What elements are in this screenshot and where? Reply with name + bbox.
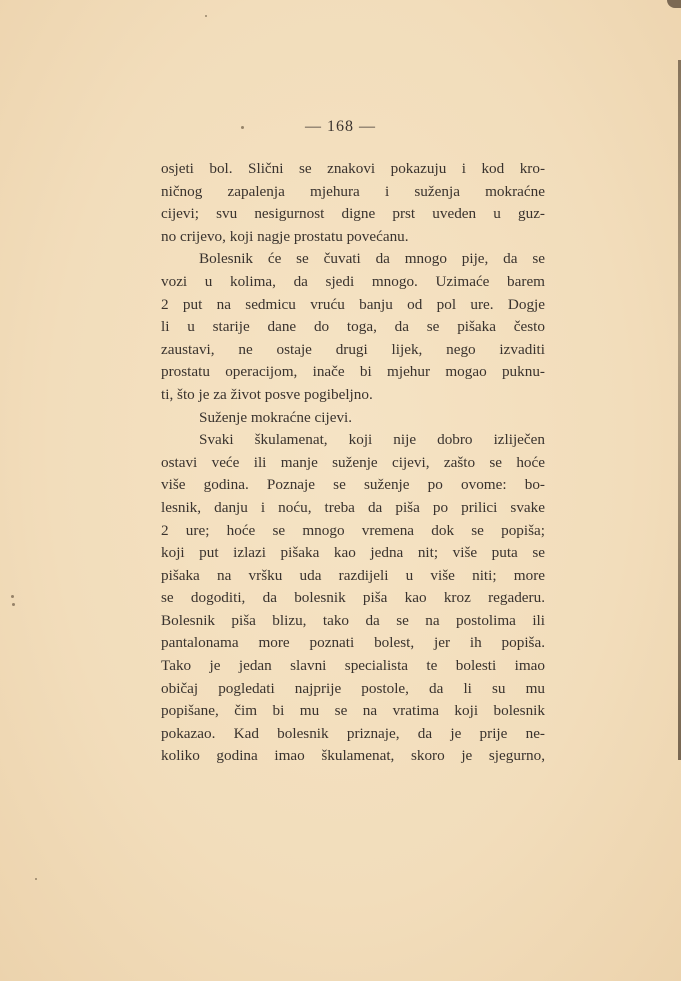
text-line: popišane, čim bi mu se na vratima koji b… xyxy=(161,700,545,723)
text-line: lesnik, danju i noću, treba da piša po p… xyxy=(161,497,545,520)
text-line: li u starije dane do toga, da se pišaka … xyxy=(161,316,545,339)
page-number: — 168 — xyxy=(0,118,681,136)
paper-speck xyxy=(205,15,207,17)
text-line: koliko godina imao škulamenat, skoro je … xyxy=(161,745,545,768)
text-line: pišaka na vršku uda razdijeli u više nit… xyxy=(161,565,545,588)
text-line: Svaki škulamenat, koji nije dobro izlije… xyxy=(161,429,545,452)
text-line: običaj pogledati najprije postole, da li… xyxy=(161,678,545,701)
text-line: Bolesnik će se čuvati da mnogo pije, da … xyxy=(161,248,545,271)
text-line: zaustavi, ne ostaje drugi lijek, nego iz… xyxy=(161,339,545,362)
text-line: ostavi veće ili manje suženje cijevi, za… xyxy=(161,452,545,475)
text-line: no crijevo, koji nagje prostatu povećanu… xyxy=(161,226,545,249)
text-line: osjeti bol. Slični se znakovi pokazuju i… xyxy=(161,158,545,181)
text-line: ti, što je za život posve pogibeljno. xyxy=(161,384,545,407)
text-line: Bolesnik piša blizu, tako da se na posto… xyxy=(161,610,545,633)
text-line: koji put izlazi pišaka kao jedna nit; vi… xyxy=(161,542,545,565)
text-line: Tako je jedan slavni specialista te bole… xyxy=(161,655,545,678)
text-line: Suženje mokraćne cijevi. xyxy=(161,407,545,430)
body-text: osjeti bol. Slični se znakovi pokazuju i… xyxy=(161,158,545,768)
text-line: se dogoditi, da bolesnik piša kao kroz r… xyxy=(161,587,545,610)
text-line: pokazao. Kad bolesnik priznaje, da je pr… xyxy=(161,723,545,746)
text-line: cijevi; svu nesigurnost digne prst uvede… xyxy=(161,203,545,226)
text-line: ničnog zapalenja mjehura i suženja mokra… xyxy=(161,181,545,204)
text-line: više godina. Poznaje se suženje po ovome… xyxy=(161,474,545,497)
text-line: 2 ure; hoće se mnogo vremena dok se popi… xyxy=(161,520,545,543)
paper-speck xyxy=(12,603,15,606)
paper-speck xyxy=(11,595,14,598)
text-line: pantalonama more poznati bolest, jer ih … xyxy=(161,632,545,655)
text-line: prostatu operacijom, inače bi mjehur mog… xyxy=(161,361,545,384)
text-line: 2 put na sedmicu vruću banju od pol ure.… xyxy=(161,294,545,317)
paper-speck xyxy=(35,878,37,880)
book-page: — 168 — osjeti bol. Slični se znakovi po… xyxy=(0,0,681,981)
page-corner-shadow xyxy=(667,0,681,8)
text-line: vozi u kolima, da sjedi mnogo. Uzimaće b… xyxy=(161,271,545,294)
